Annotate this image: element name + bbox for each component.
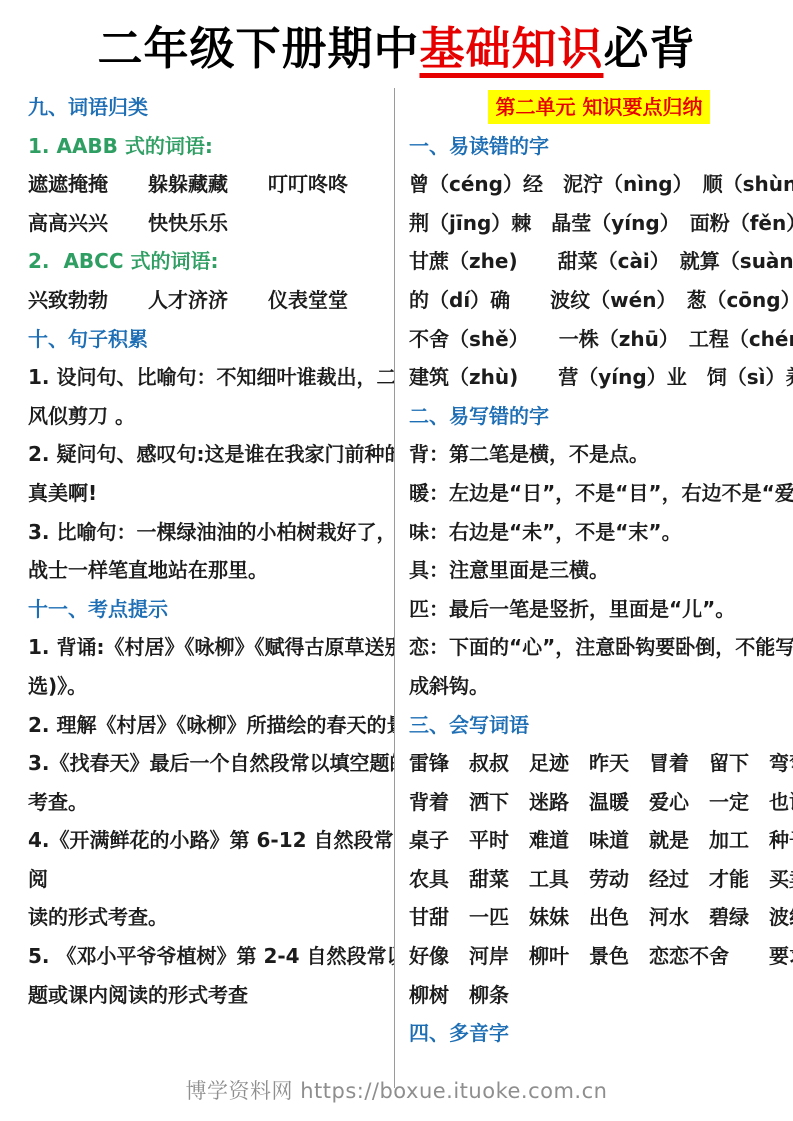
text-line: 遮遮掩掩 躲躲藏藏 叮叮咚咚 <box>28 165 386 204</box>
text-line: 背着 洒下 迷路 温暖 爱心 一定 也许 <box>409 783 789 822</box>
text-line: 阅 <box>28 860 386 899</box>
text-line: 选)》。 <box>28 667 386 706</box>
title-highlight: 基础知识 <box>419 22 603 75</box>
text-line: 成斜钩。 <box>409 667 789 706</box>
text-line: 的（dí）确 波纹（wén） 葱（cōng）绿 <box>409 281 789 320</box>
text-line: 雷锋 叔叔 足迹 昨天 冒着 留下 弯弯 <box>409 744 789 783</box>
section-heading: 二、易写错的字 <box>409 397 789 436</box>
text-line: 荆（jīng）棘 晶莹（yíng） 面粉（fěn） <box>409 204 789 243</box>
text-line: 战士一样笔直地站在那里。 <box>28 551 386 590</box>
text-line: 读的形式考查。 <box>28 898 386 937</box>
text-line: 1. 设问句、比喻句：不知细叶谁裁出，二月春 <box>28 358 386 397</box>
text-line: 曾（céng）经 泥泞（nìng） 顺（shùn） <box>409 165 789 204</box>
page-title: 二年级下册期中基础知识必背 <box>0 22 793 76</box>
sub-heading: 2. ABCC 式的词语: <box>28 242 386 281</box>
text-line: 1. 背诵:《村居》《咏柳》《赋得古原草送别（节 <box>28 628 386 667</box>
text-line: 2. 理解《村居》《咏柳》所描绘的春天的景象。 <box>28 706 386 745</box>
text-line: 3.《找春天》最后一个自然段常以填空题的形式 <box>28 744 386 783</box>
section-heading: 九、词语归类 <box>28 88 386 127</box>
text-line: 考查。 <box>28 783 386 822</box>
text-line: 具：注意里面是三横。 <box>409 551 789 590</box>
text-line: 不舍（shě） 一株（zhū） 工程（chéng） <box>409 320 789 359</box>
text-line: 真美啊! <box>28 474 386 513</box>
text-line: 匹：最后一笔是竖折，里面是“儿”。 <box>409 590 789 629</box>
text-line: 3. 比喻句：一棵绿油油的小柏树栽好了，就像 <box>28 513 386 552</box>
text-line: 甘蔗（zhe) 甜菜（cài） 就算（suàn） <box>409 242 789 281</box>
footer-watermark: 博学资料网 https://boxue.ituoke.com.cn <box>0 1075 793 1105</box>
text-line: 味：右边是“未”，不是“末”。 <box>409 513 789 552</box>
text-line: 兴致勃勃 人才济济 仪表堂堂 <box>28 281 386 320</box>
right-column: 第二单元 知识要点归纳一、易读错的字曾（céng）经 泥泞（nìng） 顺（sh… <box>394 88 793 1088</box>
section-heading: 四、多音字 <box>409 1014 789 1053</box>
section-heading: 一、易读错的字 <box>409 127 789 166</box>
text-line: 题或课内阅读的形式考查 <box>28 976 386 1015</box>
text-line: 甘甜 一匹 妹妹 出色 河水 碧绿 波纹 <box>409 898 789 937</box>
title-suffix: 必背 <box>604 22 696 75</box>
text-line: 高高兴兴 快快乐乐 <box>28 204 386 243</box>
section-heading: 十一、考点提示 <box>28 590 386 629</box>
title-prefix: 二年级下册期中 <box>97 22 419 75</box>
section-heading: 十、句子积累 <box>28 320 386 359</box>
text-line: 好像 河岸 柳叶 景色 恋恋不舍 要求 <box>409 937 789 976</box>
text-line: 背：第二笔是横，不是点。 <box>409 435 789 474</box>
section-heading: 三、会写词语 <box>409 706 789 745</box>
text-line: 柳树 柳条 <box>409 976 789 1015</box>
text-line: 恋：下面的“心”，注意卧钩要卧倒，不能写 <box>409 628 789 667</box>
text-line: 暖：左边是“日”，不是“目”，右边不是“爱”。 <box>409 474 789 513</box>
unit-badge: 第二单元 知识要点归纳 <box>488 90 711 124</box>
text-line: 农具 甜菜 工具 劳动 经过 才能 买卖 <box>409 860 789 899</box>
text-line: 2. 疑问句、感叹句:这是谁在我家门前种的花? <box>28 435 386 474</box>
worksheet-page: 二年级下册期中基础知识必背 九、词语归类1. AABB 式的词语:遮遮掩掩 躲躲… <box>0 22 793 1088</box>
footer-text: 博学资料网 https://boxue.ituoke.com.cn <box>186 1079 608 1103</box>
sub-heading: 1. AABB 式的词语: <box>28 127 386 166</box>
unit-badge-line: 第二单元 知识要点归纳 <box>409 88 789 127</box>
left-column: 九、词语归类1. AABB 式的词语:遮遮掩掩 躲躲藏藏 叮叮咚咚高高兴兴 快快… <box>0 88 394 1088</box>
text-line: 4.《开满鲜花的小路》第 6-12 自然段常以课内 <box>28 821 386 860</box>
text-line: 建筑（zhù) 营（yíng）业 饲（sì）养 <box>409 358 789 397</box>
text-line: 桌子 平时 难道 味道 就是 加工 种子 <box>409 821 789 860</box>
text-line: 风似剪刀 。 <box>28 397 386 436</box>
text-line: 5. 《邓小平爷爷植树》第 2-4 自然段常以填空 <box>28 937 386 976</box>
content-columns: 九、词语归类1. AABB 式的词语:遮遮掩掩 躲躲藏藏 叮叮咚咚高高兴兴 快快… <box>0 88 793 1088</box>
